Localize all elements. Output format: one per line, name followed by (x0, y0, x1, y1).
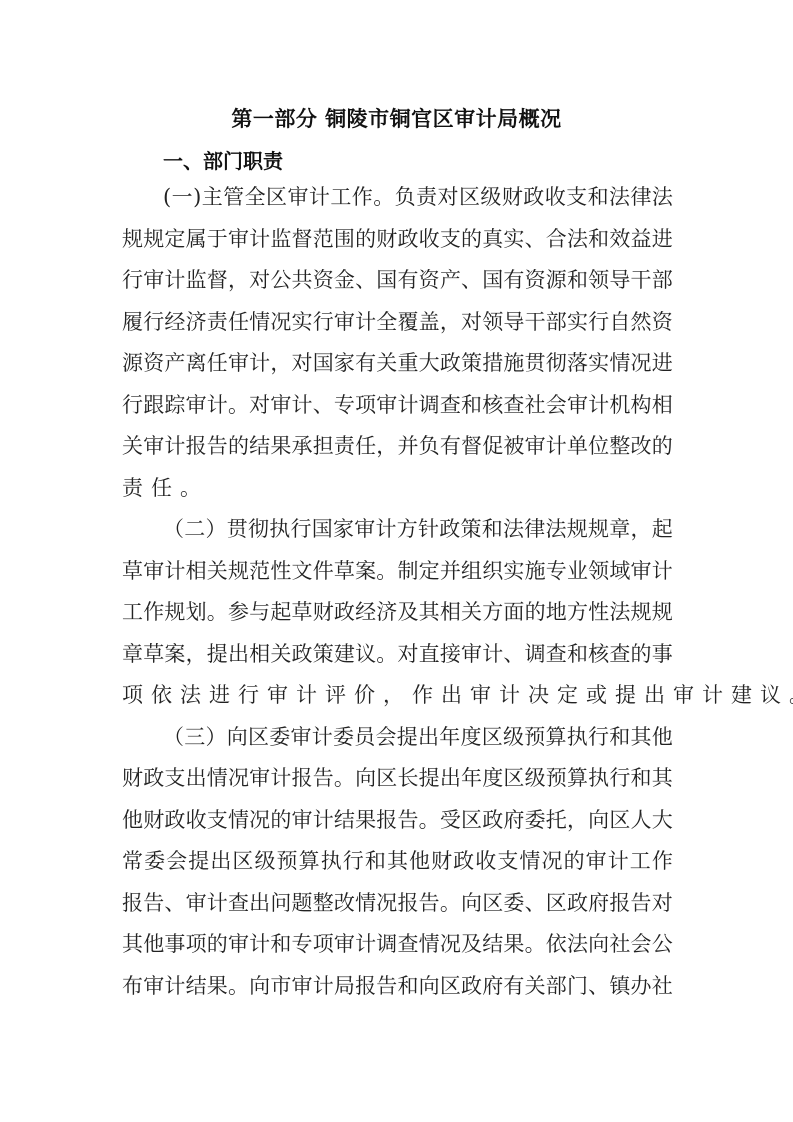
paragraph-line: 工作规划。参与起草财政经济及其相关方面的地方性法规规 (122, 592, 673, 634)
paragraph-line: 行跟踪审计。对审计、专项审计调查和核查社会审计机构相 (122, 385, 673, 427)
paragraph-line: 项依法进行审计评价，作出审计决定或提出审计建议。 (122, 675, 673, 717)
document-body: (一)主管全区审计工作。负责对区级财政收支和法律法 规规定属于审计监督范围的财政… (122, 177, 673, 1007)
paragraph-line: 布审计结果。向市审计局报告和向区政府有关部门、镇办社 (122, 966, 673, 1008)
paragraph-line: 他财政收支情况的审计结果报告。受区政府委托，向区人大 (122, 800, 673, 842)
page-title: 第一部分 铜陵市铜官区审计局概况 (0, 103, 793, 133)
paragraph-line: 履行经济责任情况实行审计全覆盖，对领导干部实行自然资 (122, 302, 673, 344)
paragraph-line: 规规定属于审计监督范围的财政收支的真实、合法和效益进 (122, 219, 673, 261)
document-page: 第一部分 铜陵市铜官区审计局概况 一、部门职责 (一)主管全区审计工作。负责对区… (0, 0, 793, 1122)
paragraph-line: （二）贯彻执行国家审计方针政策和法律法规规章，起 (122, 509, 673, 551)
section-heading: 一、部门职责 (163, 145, 283, 174)
paragraph-line: 财政支出情况审计报告。向区长提出年度区级预算执行和其 (122, 758, 673, 800)
paragraph-line: 其他事项的审计和专项审计调查情况及结果。依法向社会公 (122, 924, 673, 966)
paragraph-line: 章草案，提出相关政策建议。对直接审计、调查和核查的事 (122, 634, 673, 676)
paragraph-line: （三）向区委审计委员会提出年度区级预算执行和其他 (122, 717, 673, 759)
paragraph-line: 源资产离任审计，对国家有关重大政策措施贯彻落实情况进 (122, 343, 673, 385)
paragraph-line: 关审计报告的结果承担责任，并负有督促被审计单位整改的 (122, 426, 673, 468)
paragraph-line: (一)主管全区审计工作。负责对区级财政收支和法律法 (122, 177, 673, 219)
paragraph-line: 行审计监督，对公共资金、国有资产、国有资源和领导干部 (122, 260, 673, 302)
paragraph-line: 责任。 (122, 468, 673, 510)
paragraph-line: 草审计相关规范性文件草案。制定并组织实施专业领域审计 (122, 551, 673, 593)
paragraph-line: 常委会提出区级预算执行和其他财政收支情况的审计工作 (122, 841, 673, 883)
paragraph-line: 报告、审计查出问题整改情况报告。向区委、区政府报告对 (122, 883, 673, 925)
